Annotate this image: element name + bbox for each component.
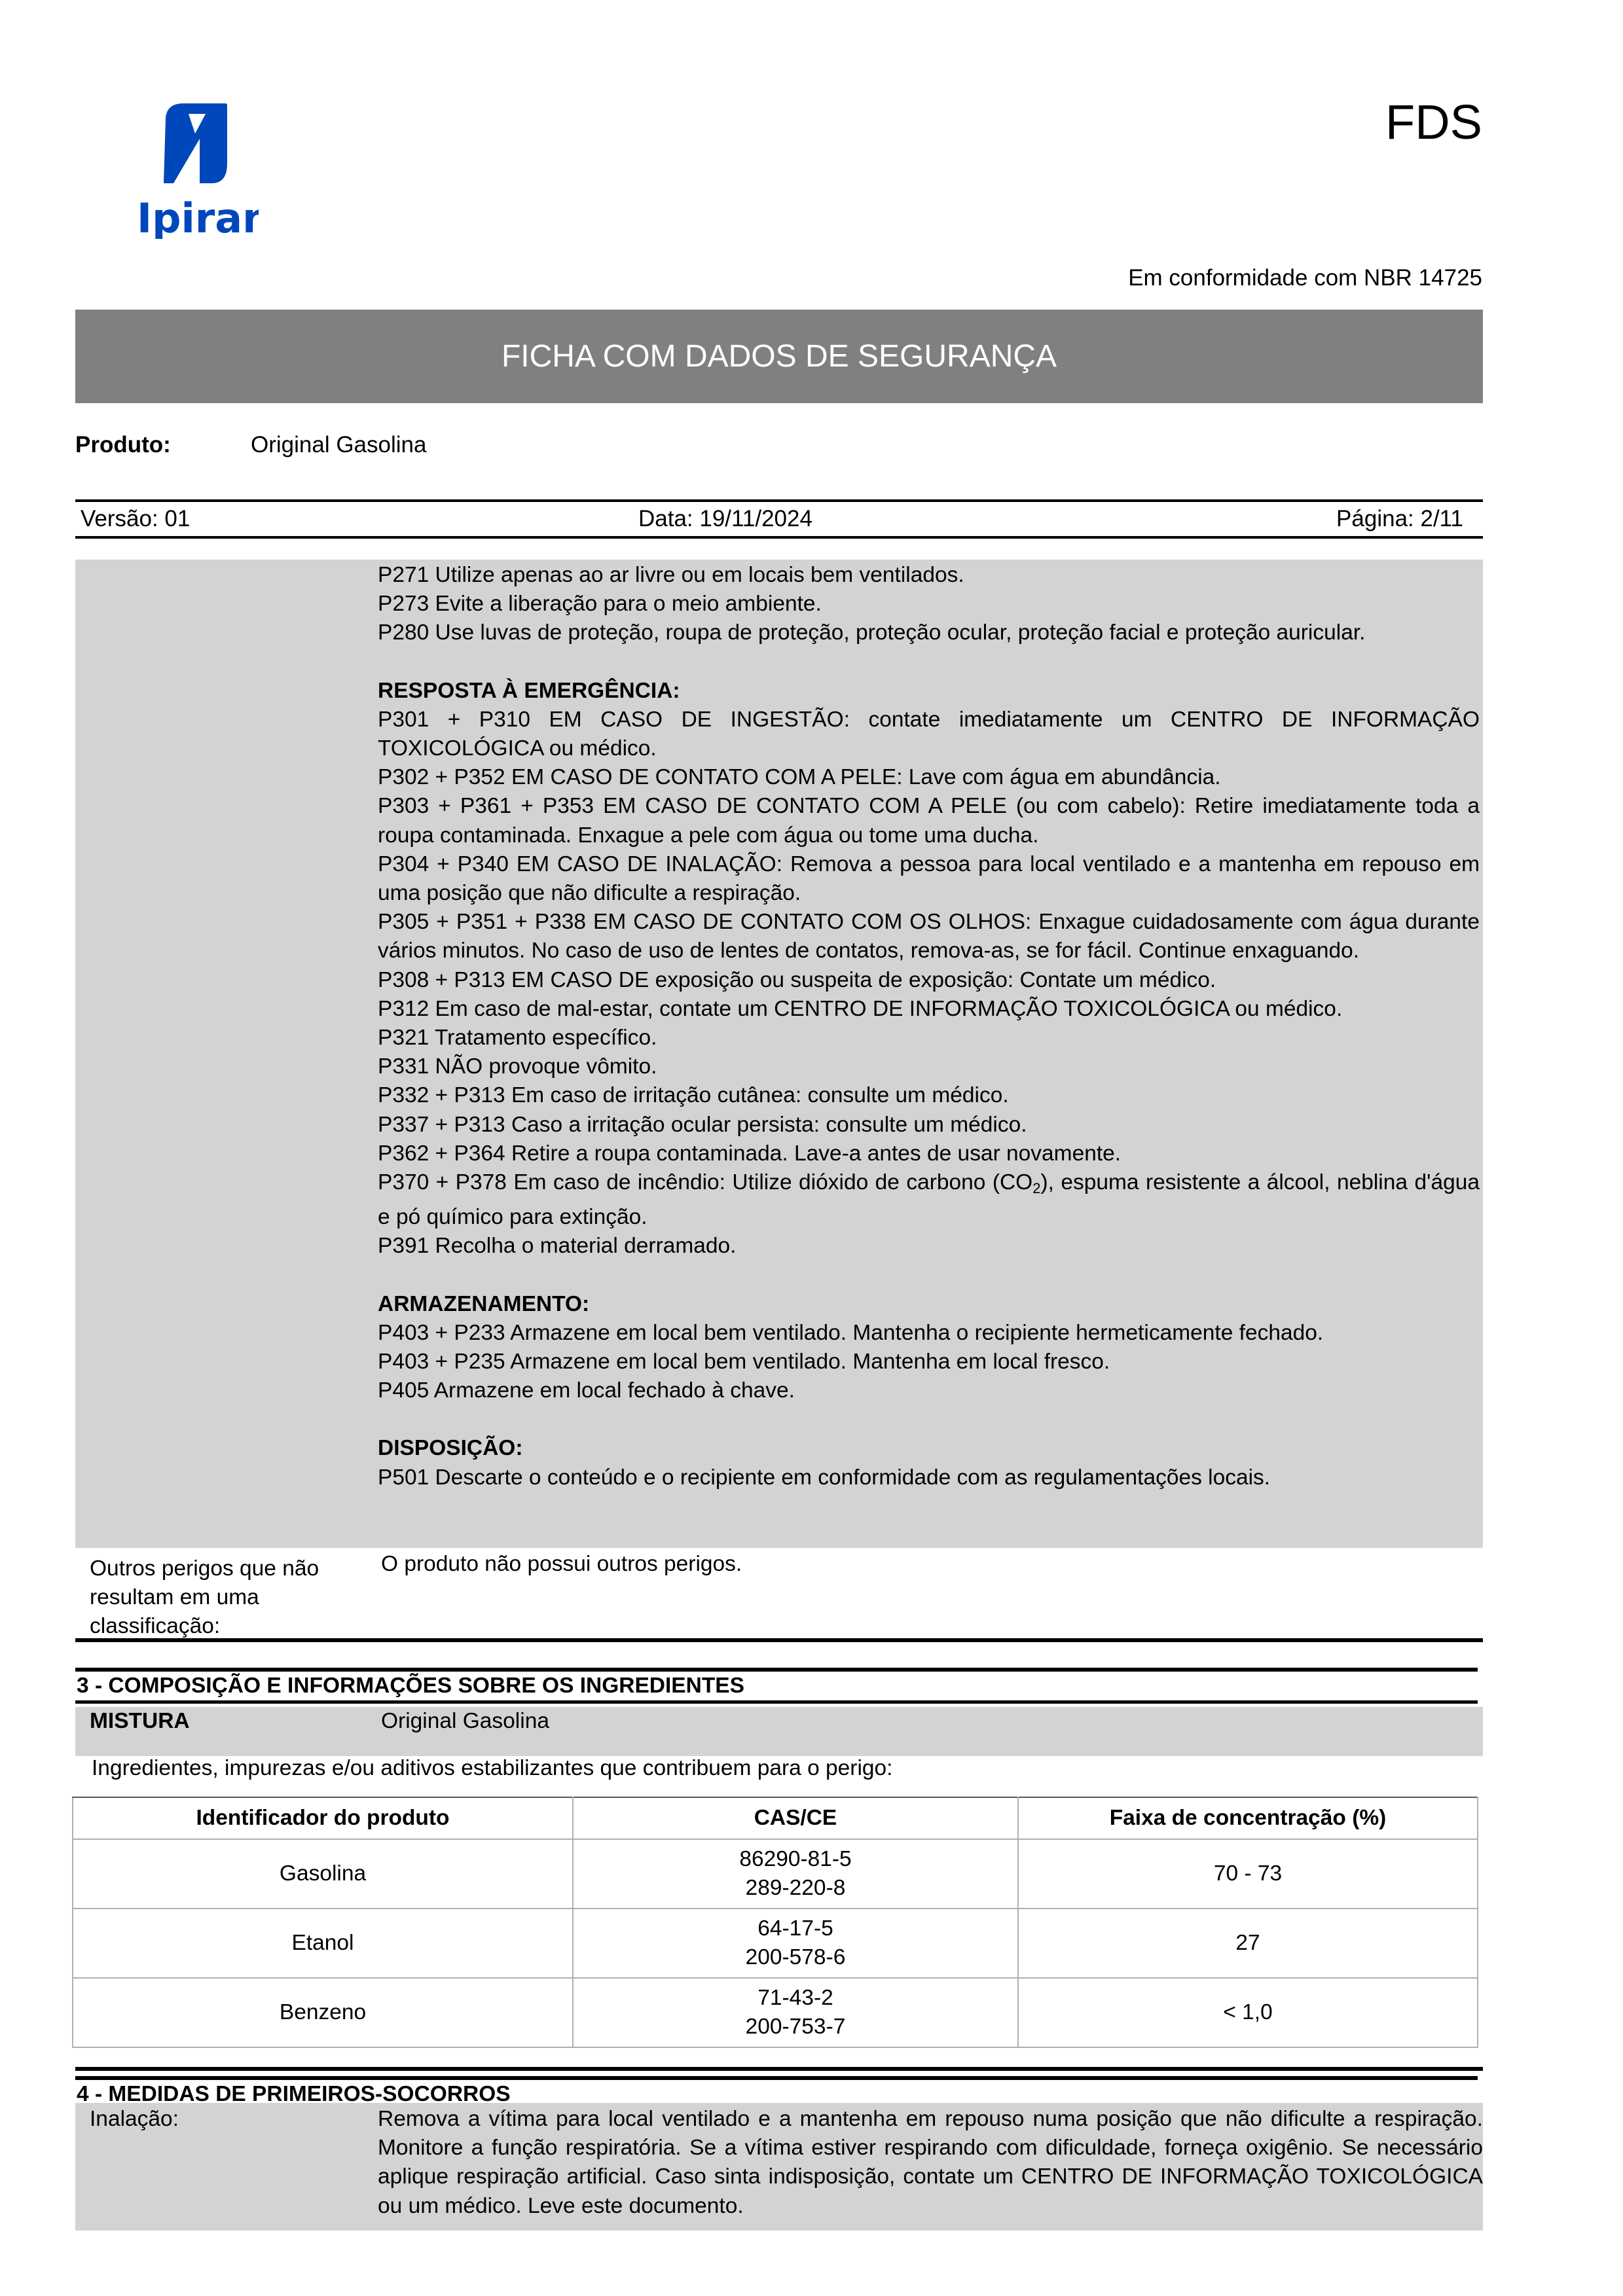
disposal-list: P501 Descarte o conteúdo e o recipiente … bbox=[378, 1463, 1480, 1492]
svg-text:Ipiranga: Ipiranga bbox=[137, 194, 259, 239]
statement-line: P337 + P313 Caso a irritação ocular pers… bbox=[378, 1111, 1480, 1139]
cas-ce: 86290-81-5289-220-8 bbox=[573, 1839, 1018, 1909]
ingredients-note: Ingredientes, impurezas e/ou aditivos es… bbox=[92, 1754, 892, 1783]
statement-p370: P370 + P378 Em caso de incêndio: Utilize… bbox=[378, 1168, 1480, 1232]
ingredient-name: Etanol bbox=[73, 1909, 573, 1978]
storage-heading: ARMAZENAMENTO: bbox=[378, 1290, 1480, 1319]
prevention-list: P271 Utilize apenas ao ar livre ou em lo… bbox=[378, 561, 1480, 648]
concentration: 27 bbox=[1018, 1909, 1478, 1978]
page-number: Página: 2/11 bbox=[1336, 506, 1463, 532]
precautionary-statements: P271 Utilize apenas ao ar livre ou em lo… bbox=[75, 560, 1483, 1548]
inhalation-row: Inalação: Remova a vítima para local ven… bbox=[75, 2103, 1483, 2231]
ingredient-name: Benzeno bbox=[73, 1978, 573, 2047]
version: Versão: 01 bbox=[81, 506, 190, 532]
statement-p391: P391 Recolha o material derramado. bbox=[378, 1232, 1480, 1261]
statement-line: P501 Descarte o conteúdo e o recipiente … bbox=[378, 1463, 1480, 1492]
statement-line: P332 + P313 Em caso de irritação cutânea… bbox=[378, 1081, 1480, 1110]
section-3-heading: 3 - COMPOSIÇÃO E INFORMAÇÕES SOBRE OS IN… bbox=[75, 1668, 1478, 1704]
ipiranga-logo: Ipiranga bbox=[134, 98, 259, 239]
table-row: Etanol64-17-5200-578-627 bbox=[73, 1909, 1478, 1978]
column-header: CAS/CE bbox=[573, 1797, 1018, 1839]
mixture-row: MISTURA Original Gasolina bbox=[75, 1707, 1483, 1756]
statement-line: P321 Tratamento específico. bbox=[378, 1024, 1480, 1052]
statement-line: P305 + P351 + P338 EM CASO DE CONTATO CO… bbox=[378, 908, 1480, 965]
cas-ce: 71-43-2200-753-7 bbox=[573, 1978, 1018, 2047]
inhalation-text: Remova a vítima para local ventilado e a… bbox=[378, 2105, 1483, 2221]
conformity-note: Em conformidade com NBR 14725 bbox=[1128, 265, 1482, 291]
table-row: Benzeno71-43-2200-753-7< 1,0 bbox=[73, 1978, 1478, 2047]
statement-line: P331 NÃO provoque vômito. bbox=[378, 1052, 1480, 1081]
other-hazards-row: Outros perigos que não resultam em uma c… bbox=[75, 1548, 1483, 1642]
product-label: Produto: bbox=[75, 432, 171, 458]
other-hazards-value: O produto não possui outros perigos. bbox=[381, 1550, 742, 1579]
mixture-value: Original Gasolina bbox=[381, 1707, 549, 1736]
cas-ce: 64-17-5200-578-6 bbox=[573, 1909, 1018, 1978]
product-value: Original Gasolina bbox=[251, 432, 426, 458]
statement-line: P403 + P233 Armazene em local bem ventil… bbox=[378, 1319, 1480, 1348]
concentration: < 1,0 bbox=[1018, 1978, 1478, 2047]
page-title: FICHA COM DADOS DE SEGURANÇA bbox=[501, 338, 1057, 374]
statement-line: P403 + P235 Armazene em local bem ventil… bbox=[378, 1348, 1480, 1376]
column-header: Faixa de concentração (%) bbox=[1018, 1797, 1478, 1839]
disposal-heading: DISPOSIÇÃO: bbox=[378, 1434, 1480, 1463]
concentration: 70 - 73 bbox=[1018, 1839, 1478, 1909]
statement-line: P312 Em caso de mal-estar, contate um CE… bbox=[378, 995, 1480, 1024]
ipiranga-logo-icon: Ipiranga bbox=[134, 98, 259, 239]
statement-line: P301 + P310 EM CASO DE INGESTÃO: contate… bbox=[378, 706, 1480, 763]
other-hazards-label: Outros perigos que não resultam em uma c… bbox=[90, 1554, 365, 1641]
document-code: FDS bbox=[1385, 98, 1482, 147]
statement-line: P308 + P313 EM CASO DE exposição ou susp… bbox=[378, 966, 1480, 995]
statement-line: P302 + P352 EM CASO DE CONTATO COM A PEL… bbox=[378, 763, 1480, 792]
statement-line: P405 Armazene em local fechado à chave. bbox=[378, 1376, 1480, 1405]
statement-line: P304 + P340 EM CASO DE INALAÇÃO: Remova … bbox=[378, 850, 1480, 908]
statement-line: P271 Utilize apenas ao ar livre ou em lo… bbox=[378, 561, 1480, 590]
ingredient-name: Gasolina bbox=[73, 1839, 573, 1909]
response-list: P301 + P310 EM CASO DE INGESTÃO: contate… bbox=[378, 706, 1480, 1168]
divider bbox=[75, 2067, 1483, 2071]
ingredients-table: Identificador do produto CAS/CE Faixa de… bbox=[72, 1797, 1478, 2048]
statement-line: P362 + P364 Retire a roupa contaminada. … bbox=[378, 1139, 1480, 1168]
statement-line: P303 + P361 + P353 EM CASO DE CONTATO CO… bbox=[378, 792, 1480, 850]
column-header: Identificador do produto bbox=[73, 1797, 573, 1839]
response-heading: RESPOSTA À EMERGÊNCIA: bbox=[378, 677, 1480, 706]
storage-list: P403 + P233 Armazene em local bem ventil… bbox=[378, 1319, 1480, 1406]
date: Data: 19/11/2024 bbox=[638, 506, 812, 532]
statement-line: P280 Use luvas de proteção, roupa de pro… bbox=[378, 619, 1480, 647]
inhalation-label: Inalação: bbox=[90, 2105, 179, 2134]
table-row: Gasolina86290-81-5289-220-870 - 73 bbox=[73, 1839, 1478, 1909]
statement-line: P273 Evite a liberação para o meio ambie… bbox=[378, 590, 1480, 619]
mixture-label: MISTURA bbox=[90, 1707, 190, 1736]
title-banner: FICHA COM DADOS DE SEGURANÇA bbox=[75, 310, 1483, 403]
version-bar: Versão: 01 Data: 19/11/2024 Página: 2/11 bbox=[75, 499, 1483, 539]
